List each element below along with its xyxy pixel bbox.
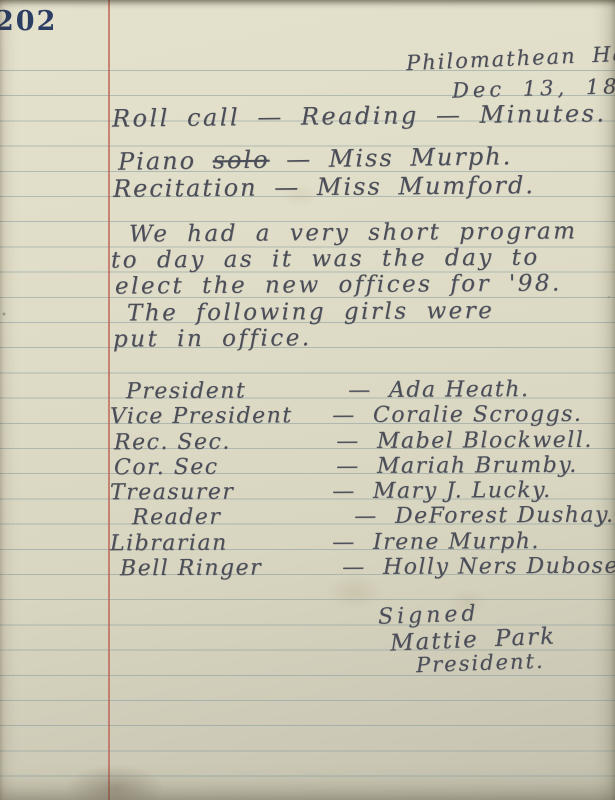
paragraph-line: elect the new offices for '98. bbox=[111, 271, 578, 300]
officer-title: Librarian bbox=[110, 530, 315, 556]
ledger-page: 202 Philomathean Hall Dec 13, 1897 Roll … bbox=[0, 0, 615, 800]
officer-row: Reader — DeForest Dushay. bbox=[110, 503, 610, 531]
program-recitation-line: Recitation — Miss Mumford. bbox=[113, 171, 535, 203]
piano-line-pre: Piano bbox=[118, 146, 213, 175]
program-roll-call-line: Roll call — Reading — Minutes. bbox=[112, 99, 607, 132]
officer-title: Reader bbox=[110, 505, 337, 531]
officer-row: Vice President — Coralie Scroggs. bbox=[110, 402, 610, 430]
officer-title: Treasurer bbox=[110, 479, 315, 505]
header-date: Dec 13, 1897 bbox=[452, 73, 615, 102]
officer-row: Librarian — Irene Murph. bbox=[110, 528, 610, 556]
officer-separator: — bbox=[319, 454, 377, 479]
officer-title: President bbox=[110, 378, 331, 404]
officer-separator: — bbox=[319, 429, 377, 454]
signature-label: Signed bbox=[378, 601, 480, 630]
officer-row: Bell Ringer — Holly Ners Dubose bbox=[110, 554, 610, 582]
officer-row: Rec. Sec. — Mabel Blockwell. bbox=[110, 427, 610, 455]
officer-row: Cor. Sec — Mariah Brumby. bbox=[110, 453, 610, 481]
officer-name: Coralie Scroggs. bbox=[373, 402, 610, 428]
program-piano-line: Piano solo — Miss Murph. bbox=[118, 142, 513, 176]
piano-line-post: — Miss Murph. bbox=[269, 142, 512, 173]
officer-title: Bell Ringer bbox=[110, 555, 325, 581]
paragraph-line: put in office. bbox=[111, 323, 578, 352]
officer-separator: — bbox=[331, 378, 389, 403]
officer-name: Holly Ners Dubose bbox=[383, 554, 615, 580]
officer-row: President — Ada Heath. bbox=[110, 377, 610, 405]
minutes-paragraph: We had a very short program to day as it… bbox=[111, 220, 578, 351]
officer-name: Ada Heath. bbox=[389, 377, 610, 403]
officer-name: Mariah Brumby. bbox=[377, 453, 610, 479]
officers-list: President — Ada Heath. Vice President — … bbox=[110, 378, 610, 580]
officer-name: Mary J. Lucky. bbox=[373, 478, 610, 504]
officer-separator: — bbox=[315, 403, 373, 428]
officer-title: Cor. Sec bbox=[110, 454, 319, 480]
officer-separator: — bbox=[325, 555, 383, 580]
paragraph-line: We had a very short program bbox=[111, 218, 578, 247]
signature-title: President. bbox=[416, 649, 545, 677]
officer-separator: — bbox=[315, 479, 373, 504]
officer-name: Mabel Blockwell. bbox=[377, 427, 610, 453]
officer-title: Rec. Sec. bbox=[110, 429, 319, 455]
officer-separator: — bbox=[315, 530, 373, 555]
officer-row: Treasurer — Mary J. Lucky. bbox=[110, 478, 610, 506]
officer-separator: — bbox=[337, 504, 395, 529]
paragraph-line: The following girls were bbox=[111, 297, 578, 326]
officer-title: Vice President bbox=[110, 404, 315, 430]
officer-name: Irene Murph. bbox=[373, 528, 610, 554]
piano-line-struck-word: solo bbox=[212, 146, 269, 175]
paragraph-line: to day as it was the day to bbox=[111, 245, 578, 274]
officer-name: DeForest Dushay. bbox=[395, 503, 615, 529]
page-number: 202 bbox=[0, 6, 57, 37]
